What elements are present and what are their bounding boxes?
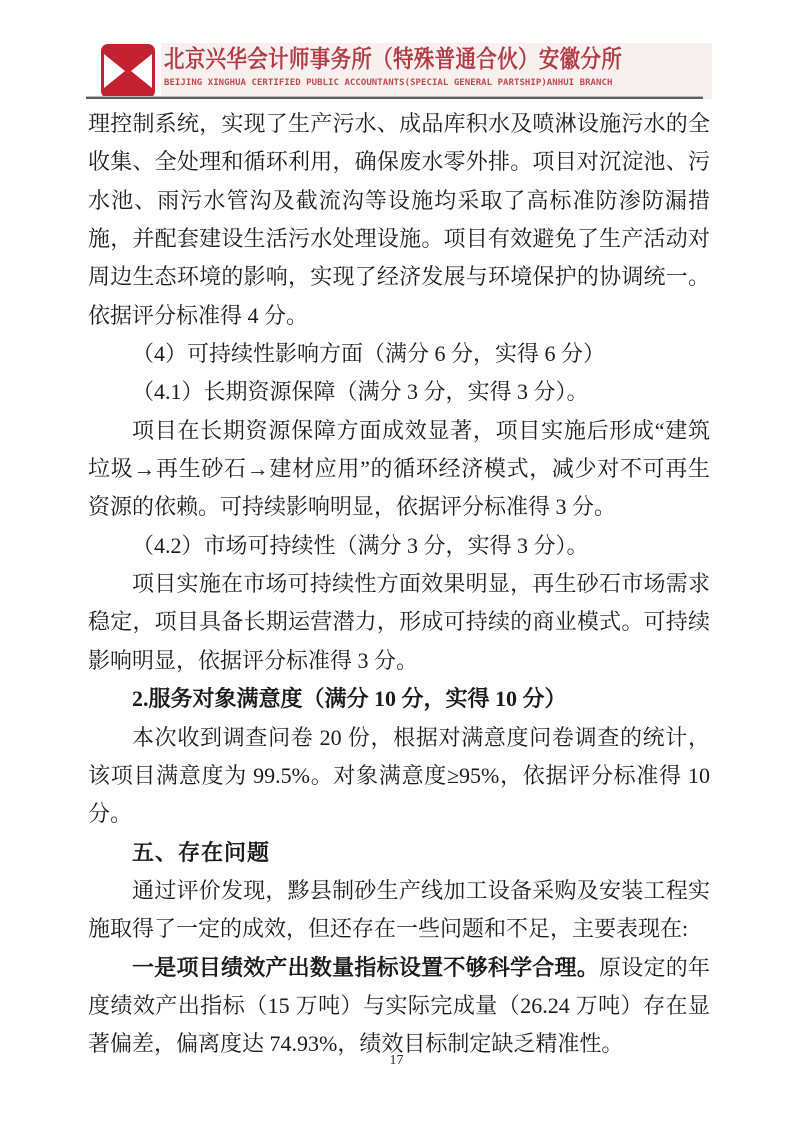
subheading-4: （4）可持续性影响方面（满分 6 分，实得 6 分） xyxy=(88,335,710,373)
paragraph-long-term-resources: 项目在长期资源保障方面成效显著，项目实施后形成“建筑垃圾→再生砂石→建材应用”的… xyxy=(88,412,710,527)
firm-title-chinese: 北京兴华会计师事务所（特殊普通合伙）安徽分所 xyxy=(164,45,626,75)
firm-title-english: BEIJING XINGHUA CERTIFIED PUBLIC ACCOUNT… xyxy=(164,77,708,90)
document-page: 北京兴华会计师事务所（特殊普通合伙）安徽分所 BEIJING XINGHUA C… xyxy=(0,0,793,1122)
page-footer: 17 xyxy=(0,1053,793,1069)
header-divider xyxy=(86,96,703,99)
letterhead: 北京兴华会计师事务所（特殊普通合伙）安徽分所 BEIJING XINGHUA C… xyxy=(100,43,712,99)
paragraph-problem-one: 一是项目绩效产出数量指标设置不够科学合理。原设定的年度绩效产出指标（15 万吨）… xyxy=(88,949,710,1064)
paragraph-problems-intro: 通过评价发现，黟县制砂生产线加工设备采购及安装工程实施取得了一定的成效，但还存在… xyxy=(88,872,710,949)
subheading-4-1: （4.1）长期资源保障（满分 3 分，实得 3 分）。 xyxy=(88,373,710,411)
page-number: 17 xyxy=(390,1053,404,1068)
paragraph-market-sustainability: 项目实施在市场可持续性方面效果明显，再生砂石市场需求稳定，项目具备长期运营潜力，… xyxy=(88,565,710,680)
letterhead-text: 北京兴华会计师事务所（特殊普通合伙）安徽分所 BEIJING XINGHUA C… xyxy=(161,43,712,99)
problem-one-lead: 一是项目绩效产出数量指标设置不够科学合理。 xyxy=(132,955,599,980)
subheading-4-2: （4.2）市场可持续性（满分 3 分，实得 3 分）。 xyxy=(88,527,710,565)
xinghua-logo-icon xyxy=(100,43,156,99)
document-body: 理控制系统，实现了生产污水、成品库积水及喷淋设施污水的全收集、全处理和循环利用，… xyxy=(88,105,710,1064)
paragraph-continuation: 理控制系统，实现了生产污水、成品库积水及喷淋设施污水的全收集、全处理和循环利用，… xyxy=(88,105,710,335)
paragraph-satisfaction: 本次收到调查问卷 20 份，根据对满意度问卷调查的统计，该项目满意度为 99.5… xyxy=(88,719,710,834)
subheading-satisfaction: 2.服务对象满意度（满分 10 分，实得 10 分） xyxy=(88,680,710,718)
section-heading-problems: 五、存在问题 xyxy=(88,834,710,872)
